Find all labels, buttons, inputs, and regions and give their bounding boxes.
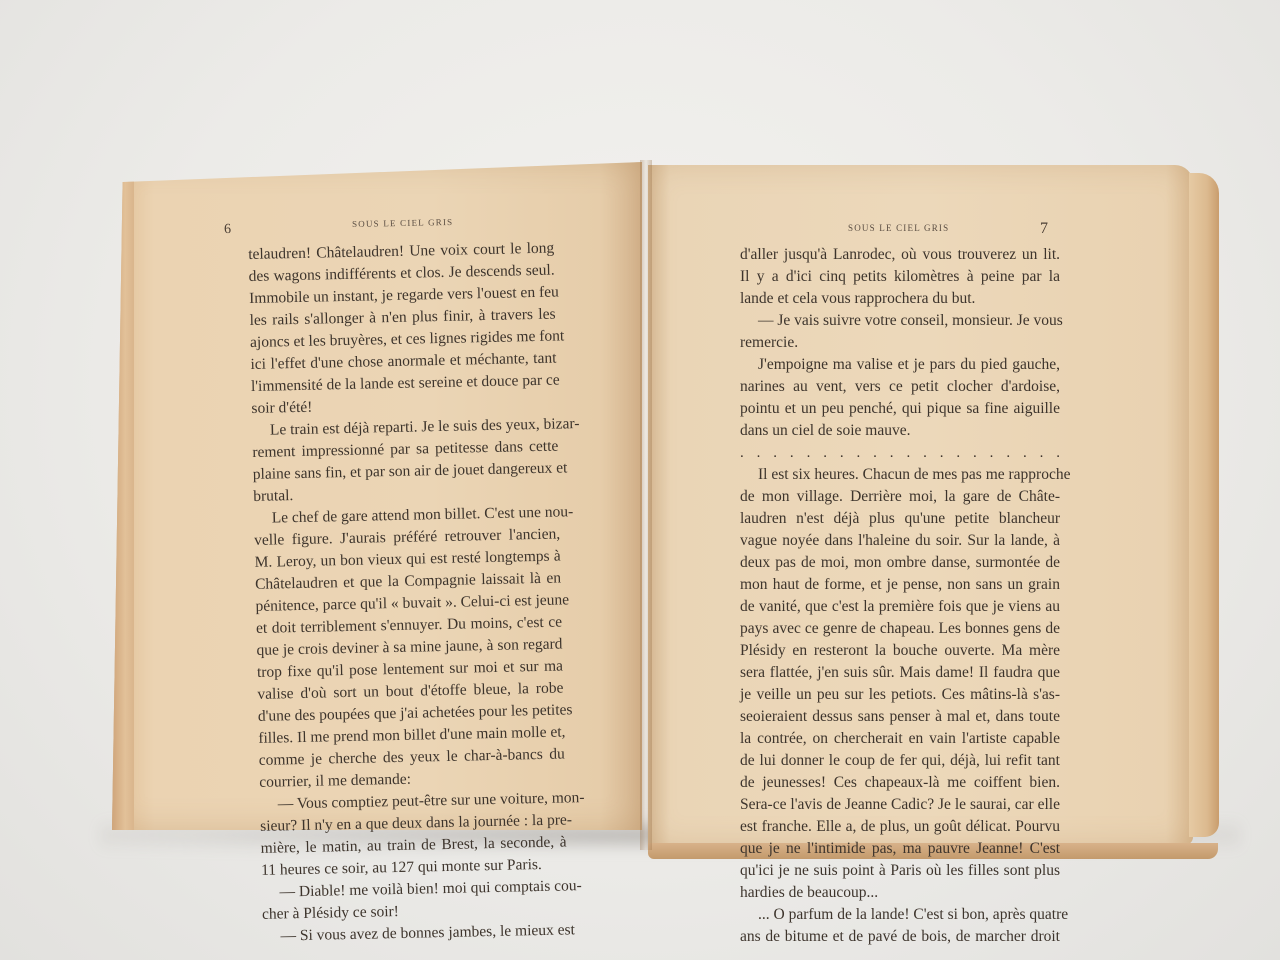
left-running-head: SOUS LE CIEL GRIS	[352, 217, 454, 229]
text-line: vague noyée dans l'haleine du soir. Sur …	[740, 530, 1060, 552]
left-page-number: 6	[224, 222, 231, 238]
left-page-body: telaudren! Châtelaudren! Une voix court …	[248, 238, 569, 948]
text-line: laudren n'est déjà plus qu'une petite bl…	[740, 508, 1060, 530]
right-page-stack-edge	[1189, 173, 1219, 837]
text-line: deux pas de moi, mon ombre danse, surmon…	[740, 552, 1060, 574]
right-page-body-part2: Il est six heures. Chacun de mes pas me …	[740, 464, 1060, 948]
text-line: dans un ciel de soie mauve.	[740, 420, 1060, 442]
text-line: pointu et un peu penché, qui pique sa fi…	[740, 398, 1060, 420]
text-line: ans de bitume et de pavé de bois, de mar…	[740, 926, 1060, 948]
text-line: de vanité, que c'est la première fois qu…	[740, 596, 1060, 618]
book-gutter	[640, 160, 652, 850]
text-line: je veille un peu sur les petiots. Ces mâ…	[740, 684, 1060, 706]
text-line: narines au vent, vers ce petit clocher d…	[740, 376, 1060, 398]
text-line: remercie.	[740, 332, 1060, 354]
text-line: est franche. Elle a, de plus, un goût dé…	[740, 816, 1060, 838]
text-line: de lui donner le coup de fer qui, déjà, …	[740, 750, 1060, 772]
text-line: Sera-ce l'avis de Jeanne Cadic? Je le sa…	[740, 794, 1060, 816]
text-line: mon haut de forme, et je pense, non sans…	[740, 574, 1060, 596]
text-line: Il est six heures. Chacun de mes pas me …	[740, 464, 1060, 486]
text-line: de jeunesses! Ces chapeaux-là me coiffen…	[740, 772, 1060, 794]
left-cover-edge	[112, 162, 134, 830]
text-line: de mon village. Derrière moi, la gare de…	[740, 486, 1060, 508]
text-line: lande et cela vous rapprochera du but.	[740, 288, 1060, 310]
text-line: Plésidy en resteront la bouche ouverte. …	[740, 640, 1060, 662]
right-page-number: 7	[1040, 220, 1048, 238]
text-line: pays avec ce genre de chapeau. Les bonne…	[740, 618, 1060, 640]
open-book: 6 SOUS LE CIEL GRIS SOUS LE CIEL GRIS 7 …	[0, 0, 1280, 960]
text-line: Il y a d'ici cinq petits kilomètres à pe…	[740, 266, 1060, 288]
text-line: ... O parfum de la lande! C'est si bon, …	[740, 904, 1060, 926]
text-line: d'aller jusqu'à Lanrodec, où vous trouve…	[740, 244, 1060, 266]
text-line: hardies de beaucoup...	[740, 882, 1060, 904]
text-line: sera flattée, j'en suis sûr. Mais dame! …	[740, 662, 1060, 684]
text-line: J'empoigne ma valise et je pars du pied …	[740, 354, 1060, 376]
section-break: . . . . . . . . . . . . . . . . . . . .	[740, 442, 1060, 464]
text-line: qu'ici je ne suis point à Paris où les f…	[740, 860, 1060, 882]
right-running-head: SOUS LE CIEL GRIS	[848, 223, 949, 233]
text-line: que je ne l'intimide pas, ma pauvre Jean…	[740, 838, 1060, 860]
text-line: seoieraient dessus sans penser à mal et,…	[740, 706, 1060, 728]
right-page-body: d'aller jusqu'à Lanrodec, où vous trouve…	[740, 244, 1060, 948]
text-line: la contrée, on chercherait en vain l'art…	[740, 728, 1060, 750]
right-page-body-part1: d'aller jusqu'à Lanrodec, où vous trouve…	[740, 244, 1060, 442]
text-line: — Je vais suivre votre conseil, monsieur…	[740, 310, 1060, 332]
